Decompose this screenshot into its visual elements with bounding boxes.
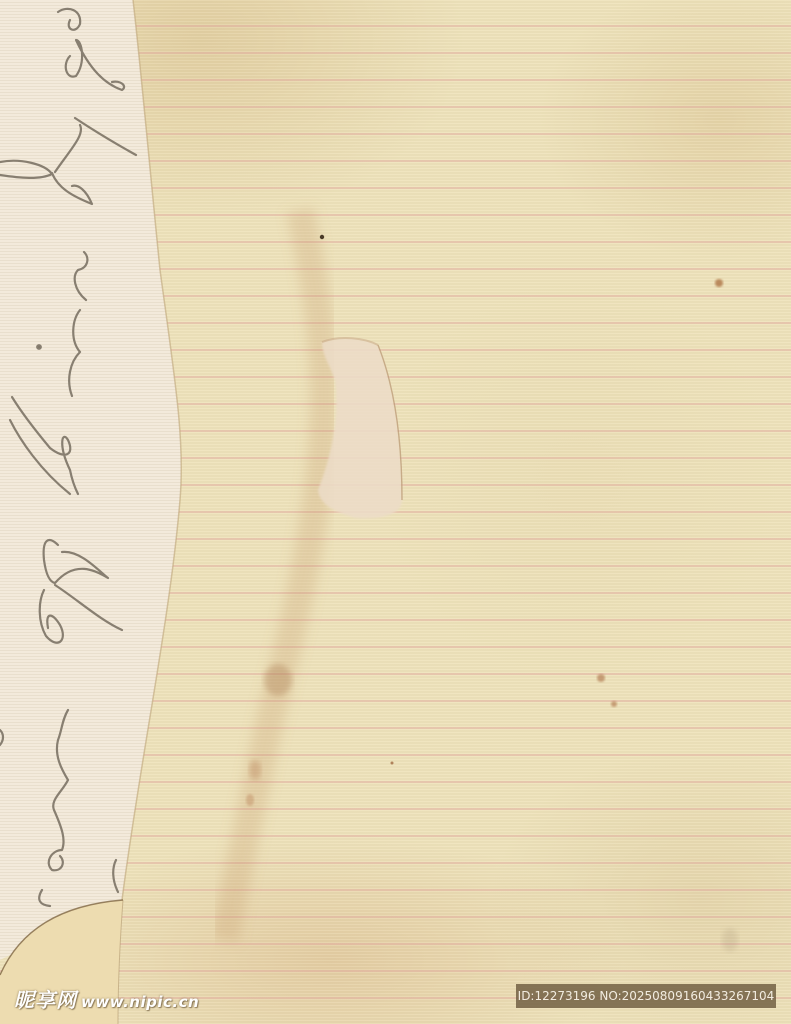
watermark-url: www.nipic.cn [81,993,199,1011]
watermark-logo-text: 昵享网 [14,988,77,1012]
nipic-watermark: 昵享网www.nipic.cn [14,984,199,1013]
vintage-paper-scene: 昵享网www.nipic.cn ID:12273196 NO:202508091… [0,0,791,1024]
image-id-badge: ID:12273196 NO:20250809160433267104 [516,984,776,1008]
handwritten-letter-sheet [0,0,791,1024]
